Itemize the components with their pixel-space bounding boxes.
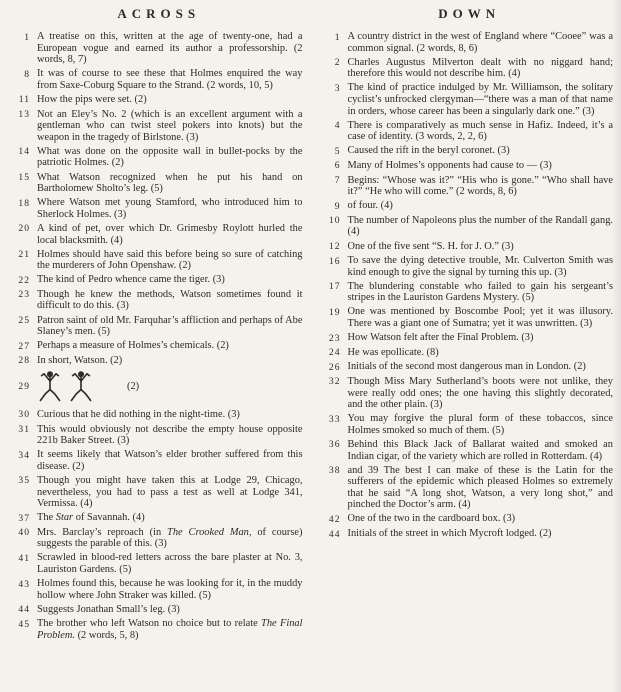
clue-text: Charles Augustus Milverton dealt with no… (348, 57, 614, 80)
clue-row: 29 (2) (10, 370, 303, 404)
clue-number: 41 (10, 552, 37, 575)
clue-text: Where Watson met young Stamford, who int… (37, 197, 303, 220)
clue-row: 24He was epollicate. (8) (321, 347, 614, 359)
clue-text: There is comparatively as much sense in … (348, 120, 614, 143)
clue-number: 27 (10, 340, 37, 352)
clue-row: 25Patron saint of old Mr. Farquhar’s aff… (10, 315, 303, 338)
clue-row: 21Holmes should have said this before be… (10, 249, 303, 272)
clue-text: Caused the rift in the beryl coronet. (3… (348, 145, 614, 157)
dancing-men-icon (37, 370, 103, 404)
clue-text-segment: Scrawled in blood-red letters across the… (37, 552, 303, 575)
clue-text-segment: Though Miss Mary Sutherland’s boots were… (348, 376, 614, 410)
clue-text-segment: There is comparatively as much sense in … (348, 120, 614, 143)
clue-row: 27Perhaps a measure of Holmes’s chemical… (10, 340, 303, 352)
clue-number: 4 (321, 120, 348, 143)
clue-row: 15What Watson recognized when he put his… (10, 172, 303, 195)
clue-text-segment: Mrs. Barclay’s reproach (in (37, 527, 167, 538)
clue-row: 5Caused the rift in the beryl coronet. (… (321, 145, 614, 157)
clue-text: To save the dying detective trouble, Mr.… (348, 255, 614, 278)
clue-text-segment: of Savannah. (4) (73, 512, 145, 523)
clue-number: 23 (321, 332, 348, 344)
clue-row: 1A country district in the west of Engla… (321, 31, 614, 54)
clue-number: 45 (10, 618, 37, 641)
clue-row: 13Not an Eley’s No. 2 (which is an excel… (10, 109, 303, 144)
clue-number: 20 (10, 223, 37, 246)
clue-text-italic-segment: Star (56, 512, 73, 523)
clue-text: This would obviously not describe the em… (37, 424, 303, 447)
clue-number: 10 (321, 215, 348, 238)
clue-text: Holmes found this, because he was lookin… (37, 578, 303, 601)
clue-text-segment: What was done on the opposite wall in bu… (37, 146, 303, 169)
clue-row: 28In short, Watson. (2) (10, 355, 303, 367)
clue-row: 36Behind this Black Jack of Ballarat wai… (321, 439, 614, 462)
clue-text: How Watson felt after the Final Problem.… (348, 332, 614, 344)
clue-text-segment: Though you might have taken this at Lodg… (37, 475, 303, 509)
clue-text: What was done on the opposite wall in bu… (37, 146, 303, 169)
clue-text: The kind of practice indulged by Mr. Wil… (348, 82, 614, 117)
clue-text: Many of Holmes’s opponents had cause to … (348, 160, 614, 172)
clue-number: 33 (321, 413, 348, 436)
clue-number: 13 (10, 109, 37, 144)
clue-text: It was of course to see these that Holme… (37, 68, 303, 91)
clue-text: One was mentioned by Boscombe Pool; yet … (348, 306, 614, 329)
clue-text: and 39 The best I can make of these is t… (348, 465, 614, 511)
clue-text: Curious that he did nothing in the night… (37, 409, 303, 421)
clue-row: 17The blundering constable who failed to… (321, 281, 614, 304)
clue-number: 22 (10, 274, 37, 286)
clue-text-segment: Initials of the street in which Mycroft … (348, 528, 552, 539)
clue-text: Behind this Black Jack of Ballarat waite… (348, 439, 614, 462)
down-heading: DOWN (326, 6, 614, 22)
clue-number: 37 (10, 512, 37, 524)
clue-text-segment: Perhaps a measure of Holmes’s chemicals.… (37, 340, 229, 351)
clue-text: A treatise on this, written at the age o… (37, 31, 303, 66)
clue-text-segment: You may forgive the plural form of these… (348, 413, 614, 436)
clue-text-segment: A country district in the west of Englan… (348, 31, 614, 54)
clue-text-segment: It was of course to see these that Holme… (37, 68, 303, 91)
clue-text-segment: Caused the rift in the beryl coronet. (3… (348, 145, 510, 156)
clue-text: The blundering constable who failed to g… (348, 281, 614, 304)
clue-number: 32 (321, 376, 348, 411)
clue-text: Holmes should have said this before bein… (37, 249, 303, 272)
clue-text-segment: Curious that he did nothing in the night… (37, 409, 240, 420)
clue-text: Though Miss Mary Sutherland’s boots were… (348, 376, 614, 411)
clue-row: 16To save the dying detective trouble, M… (321, 255, 614, 278)
clue-row: 43Holmes found this, because he was look… (10, 578, 303, 601)
clue-number: 23 (10, 289, 37, 312)
clue-text-italic-segment: The Crooked Man, (167, 527, 251, 538)
across-heading: ACROSS (15, 6, 303, 22)
clue-text-segment: He was epollicate. (8) (348, 347, 439, 358)
clue-number: 36 (321, 439, 348, 462)
clue-text: One of the two in the cardboard box. (3) (348, 513, 614, 525)
clue-row: 23Though he knew the methods, Watson som… (10, 289, 303, 312)
clue-text: Suggests Jonathan Small’s leg. (3) (37, 604, 303, 616)
clue-row: 19One was mentioned by Boscombe Pool; ye… (321, 306, 614, 329)
clue-text: Initials of the second most dangerous ma… (348, 361, 614, 373)
clue-text-segment: Suggests Jonathan Small’s leg. (3) (37, 604, 180, 615)
clue-text-segment: What Watson recognized when he put his h… (37, 172, 303, 195)
clue-text-segment: of four. (4) (348, 200, 393, 211)
clue-row: 11How the pips were set. (2) (10, 94, 303, 106)
clue-row: 33You may forgive the plural form of the… (321, 413, 614, 436)
clue-row: 12One of the five sent “S. H. for J. O.”… (321, 241, 614, 253)
clue-number: 17 (321, 281, 348, 304)
clue-row: 10The number of Napoleons plus the numbe… (321, 215, 614, 238)
clue-number: 3 (321, 82, 348, 117)
clue-text-segment: The brother who left Watson no choice bu… (37, 618, 261, 629)
clue-text-segment: This would obviously not describe the em… (37, 424, 303, 447)
clue-text-segment: How the pips were set. (2) (37, 94, 147, 105)
clue-number: 26 (321, 361, 348, 373)
clue-number: 1 (321, 31, 348, 54)
clue-text: One of the five sent “S. H. for J. O.” (… (348, 241, 614, 253)
clue-row: 38and 39 The best I can make of these is… (321, 465, 614, 511)
clue-number: 44 (10, 604, 37, 616)
clue-text: A kind of pet, over which Dr. Grimesby R… (37, 223, 303, 246)
clue-number: 9 (321, 200, 348, 212)
clue-row: 32Though Miss Mary Sutherland’s boots we… (321, 376, 614, 411)
clue-row: 6Many of Holmes’s opponents had cause to… (321, 160, 614, 172)
clue-text-segment: Initials of the second most dangerous ma… (348, 361, 586, 372)
clue-text-segment: The number of Napoleons plus the number … (348, 215, 614, 238)
clue-row: 14What was done on the opposite wall in … (10, 146, 303, 169)
clue-row: 44Initials of the street in which Mycrof… (321, 528, 614, 540)
clue-text: He was epollicate. (8) (348, 347, 614, 359)
clue-number: 1 (10, 31, 37, 66)
clue-number: 8 (10, 68, 37, 91)
clue-row: 26Initials of the second most dangerous … (321, 361, 614, 373)
clue-text: How the pips were set. (2) (37, 94, 303, 106)
clue-number: 14 (10, 146, 37, 169)
clue-row: 2Charles Augustus Milverton dealt with n… (321, 57, 614, 80)
clue-row: 18Where Watson met young Stamford, who i… (10, 197, 303, 220)
clue-row: 20A kind of pet, over which Dr. Grimesby… (10, 223, 303, 246)
clue-text: Mrs. Barclay’s reproach (in The Crooked … (37, 527, 303, 550)
clue-text-segment: Where Watson met young Stamford, who int… (37, 197, 303, 220)
clue-text: The kind of Pedro whence came the tiger.… (37, 274, 303, 286)
clue-text-segment: The (37, 512, 56, 523)
clue-text: Begins: “Whose was it?” “His who is gone… (348, 175, 614, 198)
clue-text-segment: Begins: “Whose was it?” “His who is gone… (348, 175, 614, 198)
clue-text: A country district in the west of Englan… (348, 31, 614, 54)
clue-text-segment: To save the dying detective trouble, Mr.… (348, 255, 614, 278)
clue-row: 4There is comparatively as much sense in… (321, 120, 614, 143)
clue-number: 18 (10, 197, 37, 220)
clue-text-segment: (2) (127, 381, 139, 393)
clue-number: 5 (321, 145, 348, 157)
clue-text-segment: The blundering constable who failed to g… (348, 281, 614, 304)
clue-row: 44Suggests Jonathan Small’s leg. (3) (10, 604, 303, 616)
clue-row: 45The brother who left Watson no choice … (10, 618, 303, 641)
clue-number: 34 (10, 449, 37, 472)
clue-row: 31This would obviously not describe the … (10, 424, 303, 447)
clue-text-segment: (2 words, 5, 8) (75, 630, 139, 641)
clue-row: 7Begins: “Whose was it?” “His who is gon… (321, 175, 614, 198)
clue-text: The Star of Savannah. (4) (37, 512, 303, 524)
clue-text-segment: Many of Holmes’s opponents had cause to … (348, 160, 552, 171)
down-clue-list: 1A country district in the west of Engla… (321, 31, 614, 540)
clue-row: 34It seems likely that Watson’s elder br… (10, 449, 303, 472)
clue-text-segment: A treatise on this, written at the age o… (37, 31, 303, 65)
clue-row: 9of four. (4) (321, 200, 614, 212)
clue-number: 11 (10, 94, 37, 106)
clue-text-segment: Not an Eley’s No. 2 (which is an excelle… (37, 109, 303, 143)
clue-row: 37The Star of Savannah. (4) (10, 512, 303, 524)
clue-row: 35Though you might have taken this at Lo… (10, 475, 303, 510)
clue-text: Though he knew the methods, Watson somet… (37, 289, 303, 312)
clue-text: of four. (4) (348, 200, 614, 212)
clue-text: What Watson recognized when he put his h… (37, 172, 303, 195)
clue-text-segment: The kind of Pedro whence came the tiger.… (37, 274, 225, 285)
clue-number: 42 (321, 513, 348, 525)
clue-number: 43 (10, 578, 37, 601)
clue-row: 41Scrawled in blood-red letters across t… (10, 552, 303, 575)
clue-number: 35 (10, 475, 37, 510)
clue-text: You may forgive the plural form of these… (348, 413, 614, 436)
down-column: DOWN 1A country district in the west of … (321, 3, 614, 644)
clue-text-segment: The kind of practice indulged by Mr. Wil… (348, 82, 614, 116)
clue-number: 12 (321, 241, 348, 253)
clue-text: Scrawled in blood-red letters across the… (37, 552, 303, 575)
clue-text-segment: In short, Watson. (2) (37, 355, 122, 366)
clue-text-segment: Holmes found this, because he was lookin… (37, 578, 303, 601)
clue-number: 25 (10, 315, 37, 338)
clue-text: Patron saint of old Mr. Farquhar’s affli… (37, 315, 303, 338)
clue-row: 3The kind of practice indulged by Mr. Wi… (321, 82, 614, 117)
across-clue-list: 1A treatise on this, written at the age … (10, 31, 303, 642)
clue-text-segment: How Watson felt after the Final Problem.… (348, 332, 534, 343)
clue-text-segment: One was mentioned by Boscombe Pool; yet … (348, 306, 614, 329)
clue-text: Initials of the street in which Mycroft … (348, 528, 614, 540)
clue-text: The number of Napoleons plus the number … (348, 215, 614, 238)
clue-text: The brother who left Watson no choice bu… (37, 618, 303, 641)
clue-text: Not an Eley’s No. 2 (which is an excelle… (37, 109, 303, 144)
clue-row: 42One of the two in the cardboard box. (… (321, 513, 614, 525)
clue-text: Perhaps a measure of Holmes’s chemicals.… (37, 340, 303, 352)
clue-number: 6 (321, 160, 348, 172)
clue-number: 21 (10, 249, 37, 272)
clue-text: Though you might have taken this at Lodg… (37, 475, 303, 510)
clue-number: 24 (321, 347, 348, 359)
clue-text-segment: Though he knew the methods, Watson somet… (37, 289, 303, 312)
clue-text: (2) (37, 370, 303, 404)
clue-number: 28 (10, 355, 37, 367)
clue-row: 1A treatise on this, written at the age … (10, 31, 303, 66)
clue-number: 31 (10, 424, 37, 447)
clue-row: 23How Watson felt after the Final Proble… (321, 332, 614, 344)
clue-number: 16 (321, 255, 348, 278)
clue-text-segment: Charles Augustus Milverton dealt with no… (348, 57, 614, 80)
clue-text-segment: Behind this Black Jack of Ballarat waite… (348, 439, 614, 462)
clue-text-segment: A kind of pet, over which Dr. Grimesby R… (37, 223, 303, 246)
clue-text: In short, Watson. (2) (37, 355, 303, 367)
clue-row: 8It was of course to see these that Holm… (10, 68, 303, 91)
crossword-clues-page: ACROSS 1A treatise on this, written at t… (0, 0, 621, 644)
clue-number: 38 (321, 465, 348, 511)
clue-number: 19 (321, 306, 348, 329)
clue-text-segment: and 39 The best I can make of these is t… (348, 465, 614, 511)
clue-text-segment: It seems likely that Watson’s elder brot… (37, 449, 303, 472)
clue-number: 40 (10, 527, 37, 550)
clue-text-segment: One of the five sent “S. H. for J. O.” (… (348, 241, 514, 252)
clue-text: It seems likely that Watson’s elder brot… (37, 449, 303, 472)
clue-number: 29 (10, 381, 37, 393)
clue-number: 2 (321, 57, 348, 80)
clue-number: 44 (321, 528, 348, 540)
clue-number: 30 (10, 409, 37, 421)
clue-number: 15 (10, 172, 37, 195)
clue-text-segment: Patron saint of old Mr. Farquhar’s affli… (37, 315, 303, 338)
clue-row: 22The kind of Pedro whence came the tige… (10, 274, 303, 286)
clue-row: 30Curious that he did nothing in the nig… (10, 409, 303, 421)
clue-row: 40Mrs. Barclay’s reproach (in The Crooke… (10, 527, 303, 550)
clue-text-segment: One of the two in the cardboard box. (3) (348, 513, 516, 524)
across-column: ACROSS 1A treatise on this, written at t… (10, 3, 303, 644)
clue-number: 7 (321, 175, 348, 198)
clue-text-segment: Holmes should have said this before bein… (37, 249, 303, 272)
